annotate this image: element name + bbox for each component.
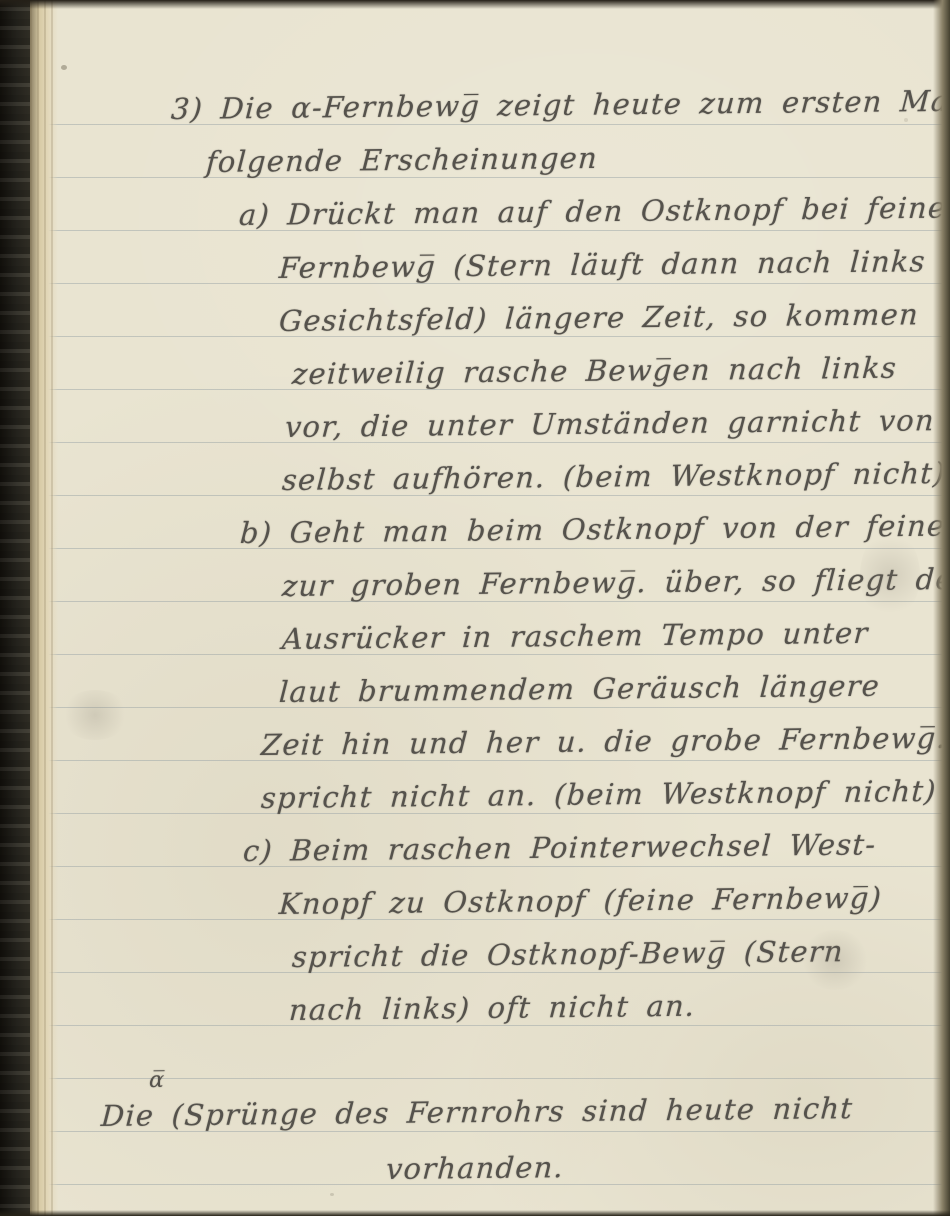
- handwriting-line: spricht nicht an. (beim Westknopf nicht): [260, 773, 938, 816]
- pencil-speck: [904, 118, 908, 122]
- handwriting-line: Zeit hin und her u. die grobe Fernbewg̅.: [260, 720, 948, 763]
- handwriting-line: c) Beim raschen Pointerwechsel West-: [242, 826, 877, 869]
- handwriting-line: zeitweilig rasche Bewg̅en nach links: [291, 350, 898, 392]
- binding-edge: [0, 0, 30, 1216]
- graphite-smudge: [800, 930, 870, 990]
- handwriting-line: vorhanden.: [385, 1149, 565, 1187]
- handwriting-line: vor, die unter Umständen garnicht von: [284, 402, 936, 445]
- handwriting-line: laut brummendem Geräusch längere: [278, 668, 881, 710]
- graphite-smudge: [860, 530, 920, 620]
- handwriting-line: Die (Sprünge des Fernrohrs sind heute ni…: [100, 1090, 854, 1134]
- notebook-page: 3) Die α-Fernbewg̅ zeigt heute zum erste…: [0, 0, 950, 1216]
- handwriting-line: Ausrücker in raschem Tempo unter: [281, 615, 870, 657]
- handwriting-line: nach links) oft nicht an.: [288, 988, 696, 1028]
- handwriting-line: selbst aufhören. (beim Westknopf nicht): [281, 455, 947, 498]
- handwriting-line: folgende Erscheinungen: [205, 140, 599, 180]
- handwriting-line: spricht die Ostknopf-Bewg̅ (Stern: [291, 933, 845, 975]
- handwriting-line: a) Drückt man auf den Ostknopf bei feine…: [238, 189, 950, 233]
- pencil-speck: [330, 1193, 334, 1196]
- handwriting-line: Knopf zu Ostknopf (feine Fernbewg̅): [278, 880, 883, 922]
- handwriting-line: b) Geht man beim Ostknopf von der feinen: [239, 507, 950, 551]
- insertion-mark: α̅: [148, 1063, 166, 1099]
- pencil-speck: [61, 65, 67, 70]
- handwriting-line: zur groben Fernbewg̅. über, so fliegt de…: [281, 561, 950, 604]
- top-edge-shadow: [0, 0, 950, 9]
- graphite-smudge: [60, 690, 130, 740]
- handwriting-line: 3) Die α-Fernbewg̅ zeigt heute zum erste…: [170, 83, 950, 127]
- page-edge-stack: [30, 0, 58, 1216]
- right-page-edge: [933, 0, 950, 1216]
- handwriting-line: Fernbewg̅ (Stern läuft dann nach links i…: [278, 243, 950, 286]
- bottom-edge-shadow: [0, 1210, 950, 1216]
- handwriting-line: Gesichtsfeld) längere Zeit, so kommen: [278, 296, 920, 339]
